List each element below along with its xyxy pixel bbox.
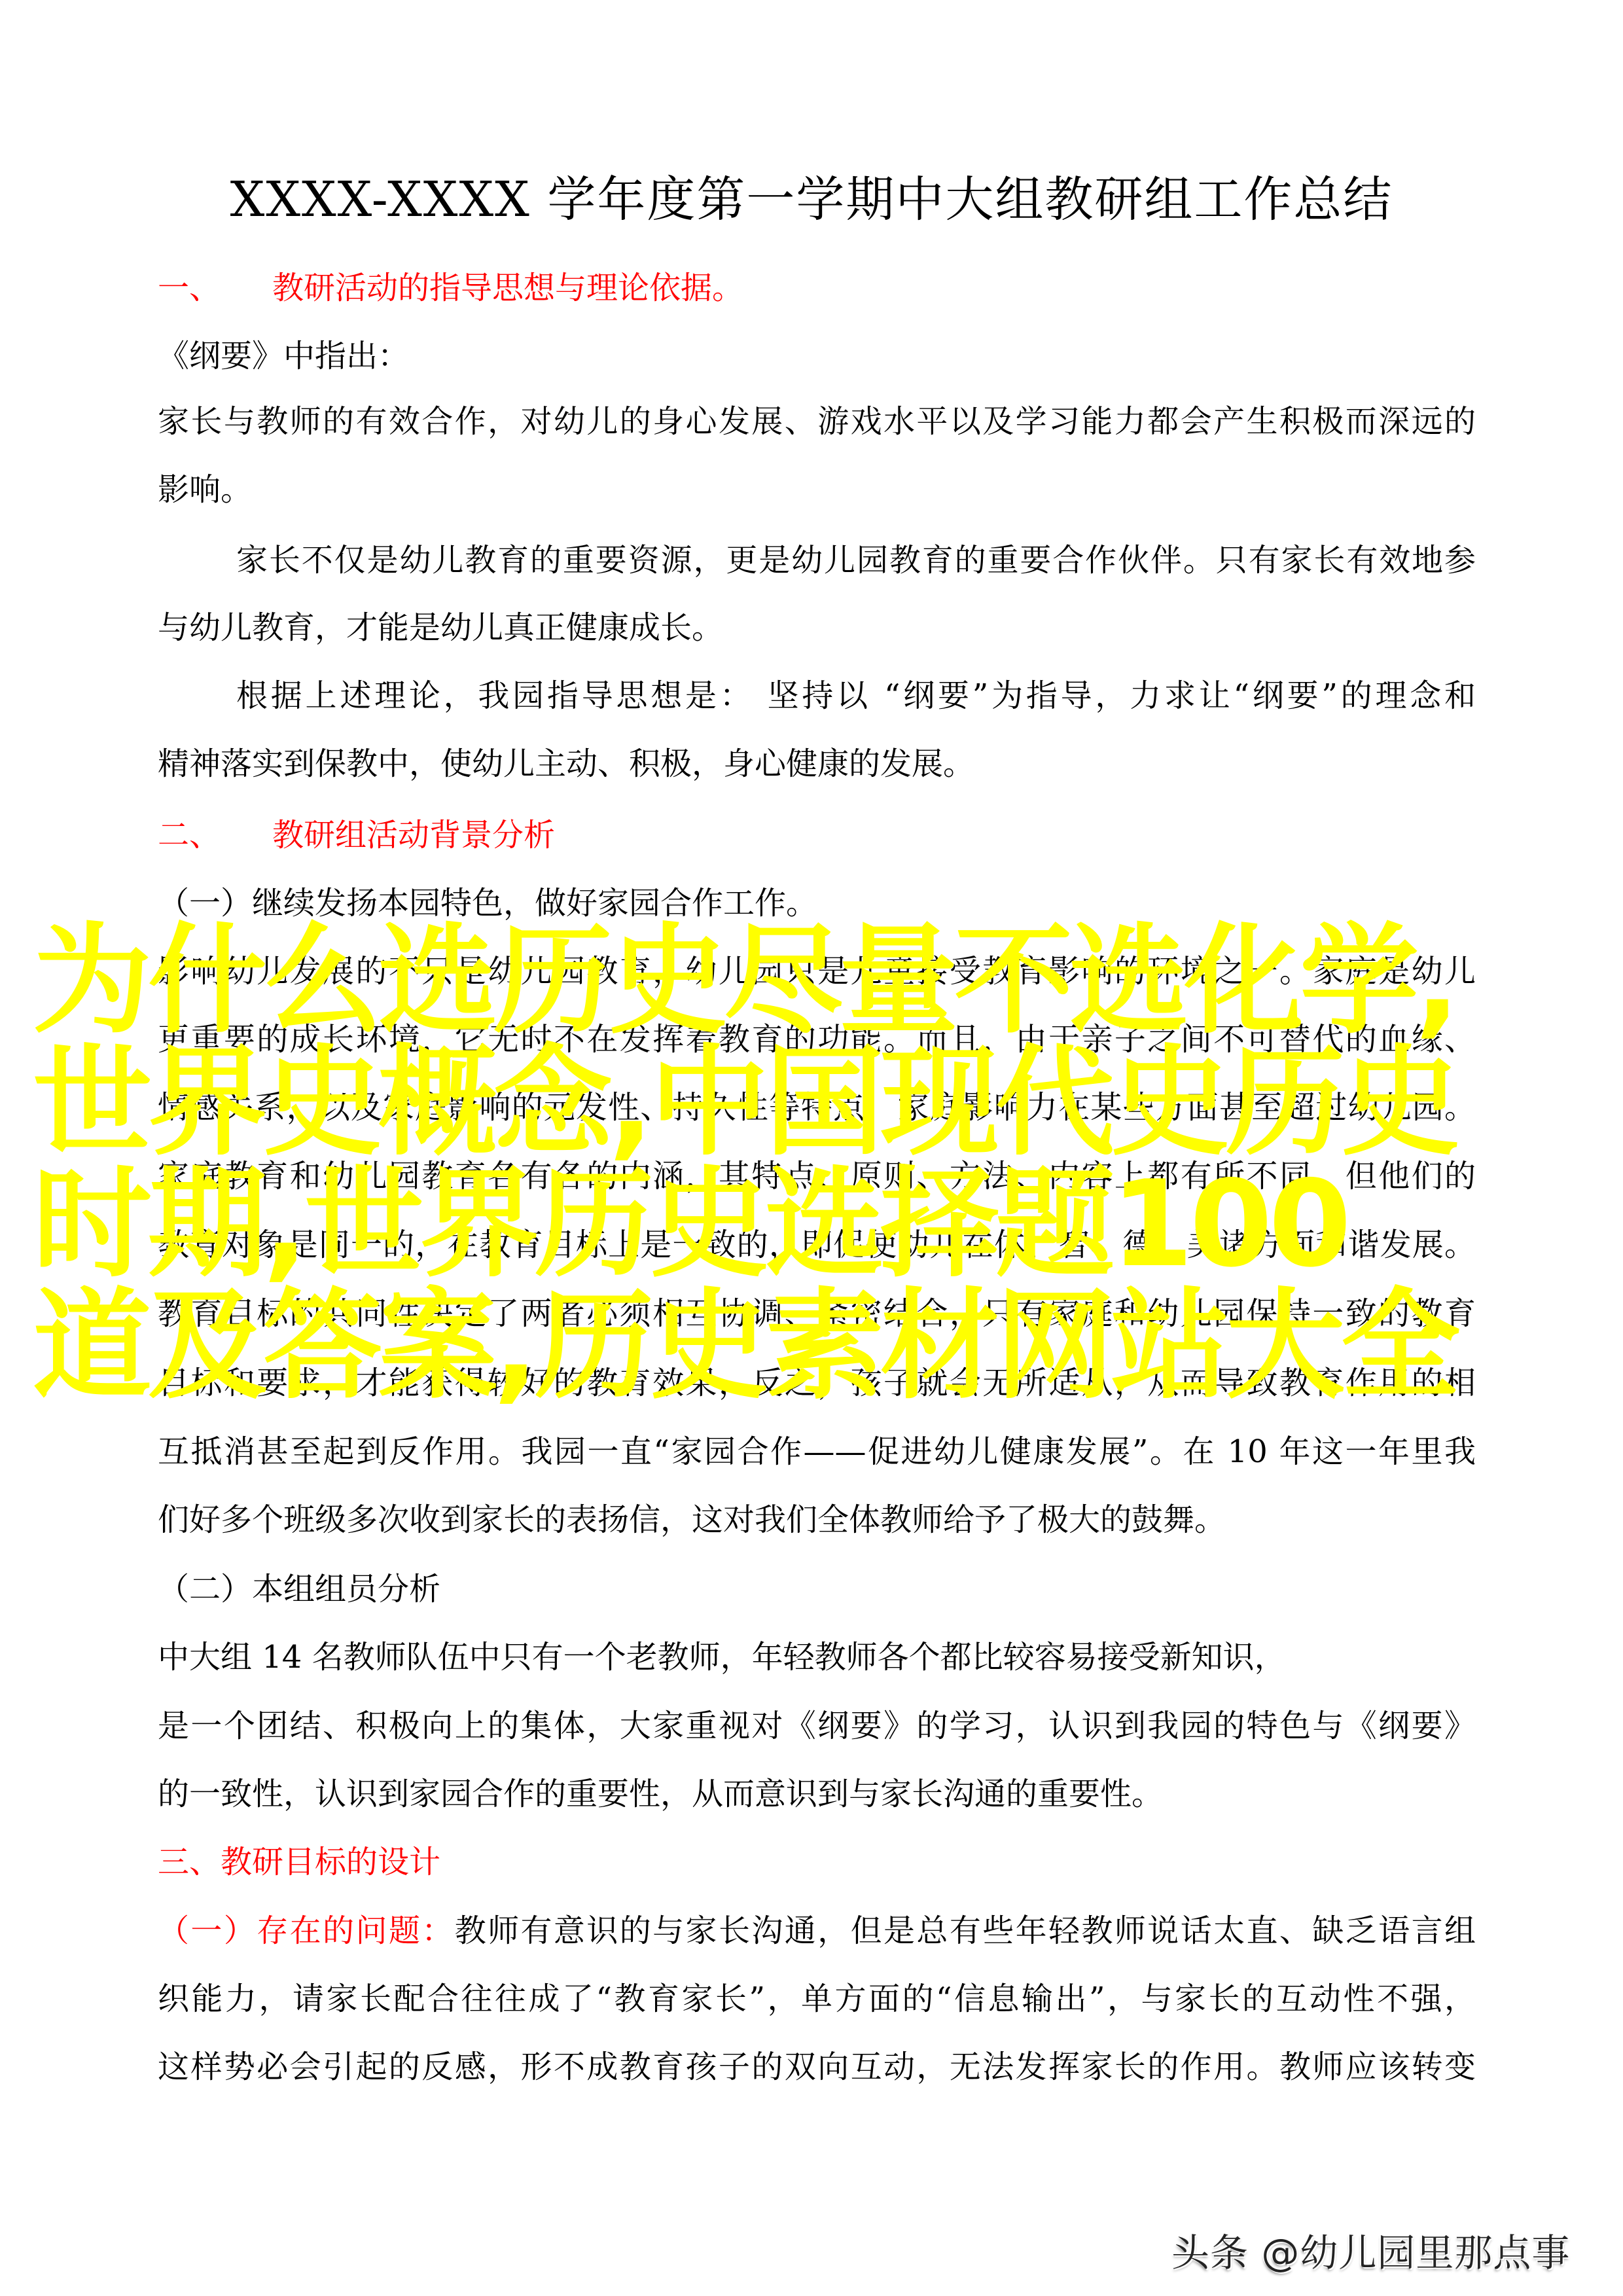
paragraph-line: （一）存在的问题：教师有意识的与家长沟通，但是总有些年轻教师说话太直、缺乏语言组 (158, 1897, 1476, 1965)
paragraph-line: 根据上述理论，我园指导思想是： 坚持以 “纲要”为指导，力求让“纲要”的理念和 (236, 662, 1476, 730)
paragraph-line: 影响。 (158, 456, 1476, 524)
paragraph-line: 家长不仅是幼儿教育的重要资源，更是幼儿园教育的重要合作伙伴。只有家长有效地参 (236, 526, 1476, 594)
overlay-line: 道及答案,历史素材网站大全 (33, 1285, 1603, 1407)
paragraph-line: 们好多个班级多次收到家长的表扬信，这对我们全体教师给予了极大的鼓舞。 (158, 1486, 1476, 1554)
section-1-title: 教研活动的指导思想与理论依据。 (272, 270, 743, 306)
paragraph-line: 与幼儿教育，才能是幼儿真正健康成长。 (158, 594, 1476, 662)
problem-text: 教师有意识的与家长沟通，但是总有些年轻教师说话太直、缺乏语言组 (455, 1912, 1476, 1949)
overlay-line: 世界史概念,中国现代史历史 (33, 1041, 1603, 1163)
problem-label: （一）存在的问题： (158, 1912, 455, 1949)
document-page: XXXX-XXXX 学年度第一学期中大组教研组工作总结 一、教研活动的指导思想与… (0, 0, 1623, 2296)
headline-overlay: 为什么选历史尽量不选化学, 世界史概念,中国现代史历史 时期,世界历史选择题10… (33, 920, 1603, 1407)
paragraph-line: 中大组 14 名教师队伍中只有一个老教师，年轻教师各个都比较容易接受新知识， (158, 1623, 1476, 1691)
overlay-line: 为什么选历史尽量不选化学, (33, 920, 1603, 1041)
section-2-number: 二、 (158, 801, 272, 869)
source-watermark: 头条 @幼儿园里那点事 (1171, 2222, 1570, 2277)
subsection-heading: （二）本组组员分析 (158, 1555, 1476, 1623)
paragraph-line: 家长与教师的有效合作，对幼儿的身心发展、游戏水平以及学习能力都会产生积极而深远的 (158, 387, 1476, 456)
section-2-title: 教研组活动背景分析 (272, 817, 555, 853)
section-2-heading: 二、教研组活动背景分析 (158, 801, 1476, 869)
document-title: XXXX-XXXX 学年度第一学期中大组教研组工作总结 (0, 167, 1623, 232)
section-1-heading: 一、教研活动的指导思想与理论依据。 (158, 254, 1476, 322)
paragraph-line: 的一致性，认识到家园合作的重要性，从而意识到与家长沟通的重要性。 (158, 1760, 1476, 1828)
paragraph-line: 是一个团结、积极向上的集体，大家重视对《纲要》的学习，认识到我园的特色与《纲要》 (158, 1692, 1476, 1760)
paragraph-line: 《纲要》中指出： (158, 322, 1476, 390)
section-3-heading: 三、教研目标的设计 (158, 1828, 1476, 1896)
paragraph-line: 织能力，请家长配合往往成了“教育家长”，单方面的“信息输出”，与家长的互动性不强… (158, 1965, 1476, 2033)
overlay-line: 时期,世界历史选择题100 (33, 1163, 1603, 1285)
paragraph-line: 精神落实到保教中，使幼儿主动、积极，身心健康的发展。 (158, 730, 1476, 798)
section-1-number: 一、 (158, 254, 272, 322)
paragraph-line: 互抵消甚至起到反作用。我园一直“家园合作——促进幼儿健康发展”。在 10 年这一… (158, 1418, 1476, 1486)
paragraph-line: 这样势必会引起的反感，形不成教育孩子的双向互动，无法发挥家长的作用。教师应该转变 (158, 2033, 1476, 2101)
